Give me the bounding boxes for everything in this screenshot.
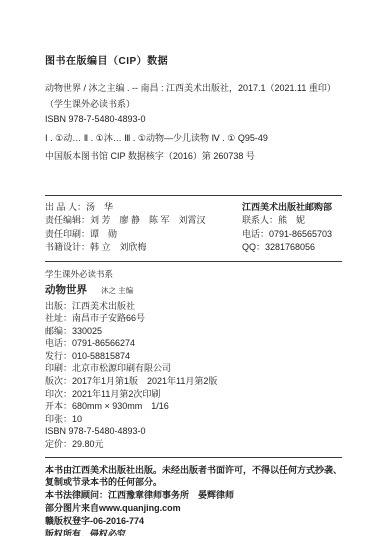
staff-label: 出 品 人：: [45, 202, 86, 212]
contact-phone: 电话：0791-86565703: [242, 228, 342, 242]
registration-number: 赣版权登字-06-2016-774: [45, 515, 342, 528]
colophon-printer: 印刷：北京市松源印刷有限公司: [45, 362, 342, 375]
book-title: 动物世界: [45, 284, 87, 296]
staff-label: 书籍设计：: [45, 242, 90, 252]
colophon-isbn: ISBN 978-7-5480-4893-0: [45, 425, 342, 438]
staff-label: 责任编辑：: [45, 215, 90, 225]
staff-value: 韩 立 刘欣梅: [90, 242, 147, 252]
image-credit: 部分图片来自www.quanjing.com: [45, 502, 342, 515]
staff-row-designers: 书籍设计：韩 立 刘欣梅: [45, 241, 242, 255]
staff-row-print-supervisor: 责任印刷：谭 勋: [45, 228, 242, 242]
book-copyright-page: 图书在版编目（CIP）数据 动物世界 / 沐之主编 . -- 南昌 : 江西美术…: [0, 0, 375, 536]
colophon-sheets: 印张：10: [45, 413, 342, 426]
colophon-distribution: 发行：010-58815874: [45, 350, 342, 363]
staff-value: 谭 勋: [90, 229, 117, 239]
divider-bottom: [45, 457, 342, 458]
mail-order-contact: 江西美术出版社邮购部 联系人：熊 妮 电话：0791-86565703 QQ：3…: [242, 201, 342, 255]
all-rights-reserved: 版权所有，侵权必究: [45, 528, 342, 536]
staff-row-editors: 责任编辑：刘 芳 廖 静 陈 军 刘霄汉: [45, 214, 242, 228]
colophon-format: 开本：680mm × 930mm 1/16: [45, 400, 342, 413]
copyright-section: 本书由江西美术出版社出版。未经出版者书面许可，不得以任何方式抄袭、复制或节录本书…: [45, 464, 342, 536]
mail-order-dept: 江西美术出版社邮购部: [242, 201, 342, 215]
series-title: 学生课外必读书系: [45, 268, 342, 281]
book-editor: 沐之 主编: [101, 286, 133, 295]
contact-qq: QQ：3281768056: [242, 241, 342, 255]
cip-registration-line: 中国版本图书馆 CIP 数据核字（2016）第 260738 号: [45, 149, 342, 165]
legal-counsel: 本书法律顾问：江西豫章律师事务所 晏辉律师: [45, 489, 342, 502]
copyright-notice: 本书由江西美术出版社出版。未经出版者书面许可，不得以任何方式抄袭、复制或节录本书…: [45, 464, 342, 490]
cip-description-line: 动物世界 / 沐之主编 . -- 南昌 : 江西美术出版社，2017.1（202…: [45, 81, 342, 97]
cip-classification-line: Ⅰ . ①动… Ⅱ . ①沐… Ⅲ . ①动物—少儿读物 Ⅳ . ① Q95-4…: [45, 131, 342, 147]
staff-section: 出 品 人：汤 华 责任编辑：刘 芳 廖 静 陈 军 刘霄汉 责任印刷：谭 勋 …: [45, 196, 342, 261]
staff-value: 刘 芳 廖 静 陈 军 刘霄汉: [90, 215, 206, 225]
colophon-publisher: 出版：江西美术出版社: [45, 300, 342, 313]
staff-value: 汤 华: [86, 202, 113, 212]
colophon-postcode: 邮编：330025: [45, 325, 342, 338]
cip-series-line: （学生课外必读书系）: [45, 97, 342, 113]
cip-title: 图书在版编目（CIP）数据: [45, 52, 342, 67]
colophon-section: 学生课外必读书系 动物世界沐之 主编 出版：江西美术出版社 社址：南昌市子安路6…: [45, 268, 342, 451]
colophon-edition: 版次：2017年1月第1版 2021年11月第2版: [45, 375, 342, 388]
cip-section: 图书在版编目（CIP）数据 动物世界 / 沐之主编 . -- 南昌 : 江西美术…: [45, 52, 342, 165]
colophon-phone: 电话：0791-86566274: [45, 337, 342, 350]
book-title-line: 动物世界沐之 主编: [45, 282, 342, 298]
staff-row-producer: 出 品 人：汤 华: [45, 201, 242, 215]
staff-credits: 出 品 人：汤 华 责任编辑：刘 芳 廖 静 陈 军 刘霄汉 责任印刷：谭 勋 …: [45, 201, 242, 255]
colophon-address: 社址：南昌市子安路66号: [45, 312, 342, 325]
staff-label: 责任印刷：: [45, 229, 90, 239]
divider-middle: [45, 261, 342, 262]
colophon-impression: 印次：2021年11月第2次印刷: [45, 388, 342, 401]
contact-person: 联系人：熊 妮: [242, 214, 342, 228]
colophon-price: 定价：29.80元: [45, 438, 342, 451]
cip-isbn-line: ISBN 978-7-5480-4893-0: [45, 112, 342, 128]
